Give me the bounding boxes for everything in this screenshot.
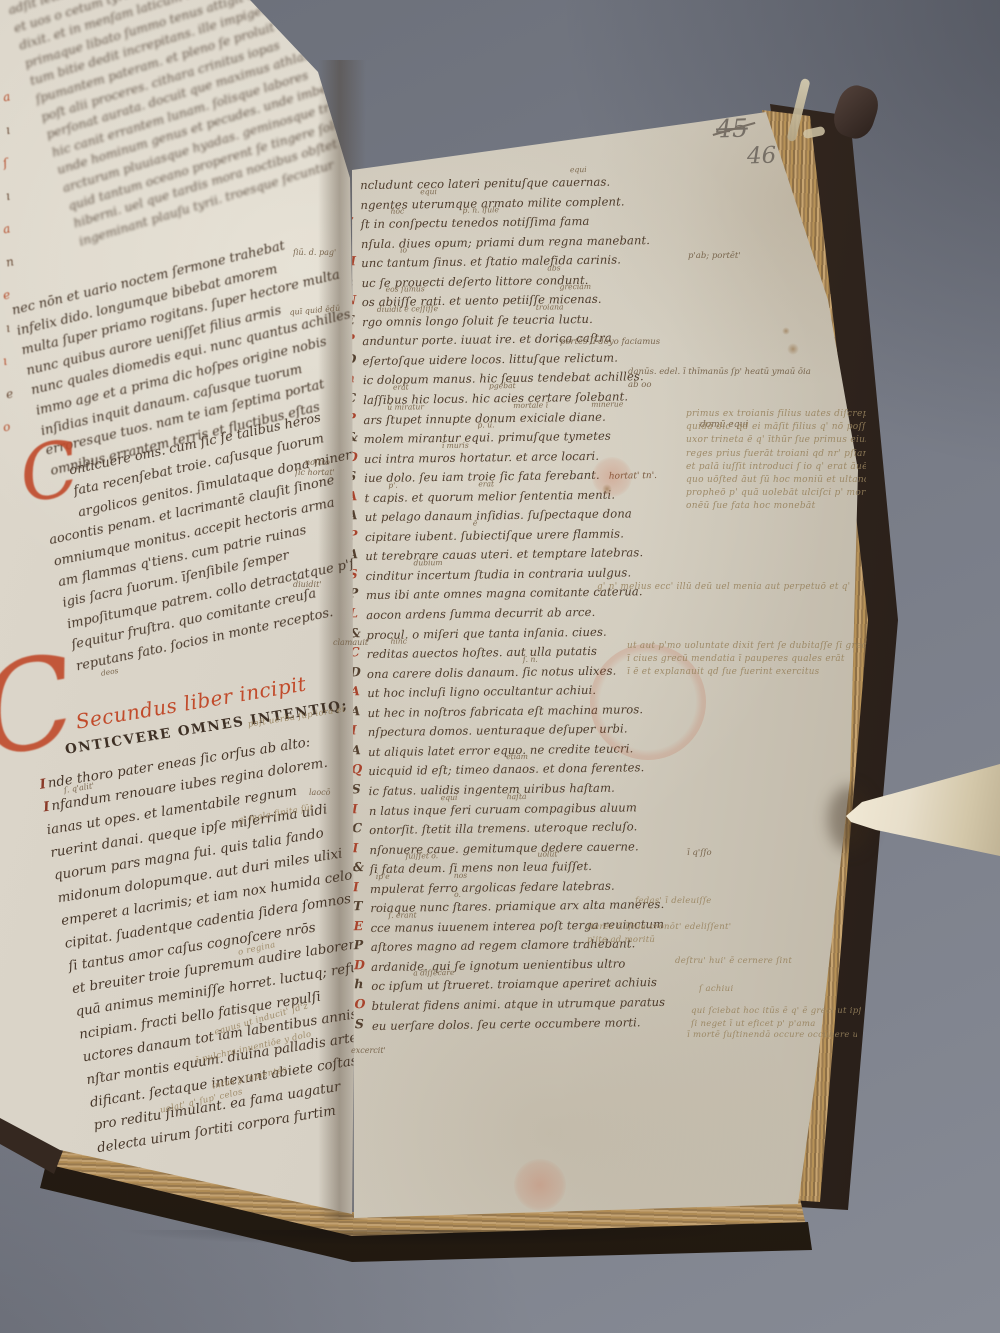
verse-text: ſi fata deum. ſi mens non leua fuiſſet. [370, 859, 592, 876]
interlinear-gloss: equi [441, 792, 458, 801]
stain-mark [514, 1159, 566, 1211]
line-initial: S [355, 1016, 364, 1031]
verse-text: cipitare iubent. ſubiectiſque urere flam… [365, 526, 624, 544]
stain-mark [787, 343, 799, 355]
verse-text: mpulerat ferro argolicas fedare latebras… [370, 878, 615, 895]
interlinear-gloss: ip'e [376, 871, 390, 880]
interlinear-gloss: ē [473, 518, 478, 527]
marginal-gloss: clamauit [333, 637, 403, 650]
verse-text: eu uerſare dolos. ſeu certe occumbere mo… [372, 1015, 641, 1033]
verse-text: ontorſit. ſtetit illa tremens. uteroque … [369, 819, 637, 837]
edge-initial: ı [5, 189, 12, 203]
marginal-gloss: excercit' [351, 1045, 421, 1058]
verse-text: ic fatus. ualidis ingentem uiribus haſta… [369, 781, 615, 798]
marginal-gloss: ſ achiui [699, 983, 779, 996]
verse-text: ſt in conſpectu tenedos notiſſima fama [361, 214, 590, 231]
interlinear-gloss: diuidit ē ceſſiſſe [377, 304, 438, 314]
interlinear-gloss: fuiſſet o. [405, 851, 438, 860]
marginal-gloss: ī q'ſſo [687, 847, 757, 860]
marginal-gloss: p'ab; portēt' [688, 250, 838, 263]
folio-number: 45 46 [716, 113, 749, 143]
line-initial: C [352, 820, 362, 835]
stain-mark [782, 327, 790, 335]
verse-text: aocon ardens ſumma decurrit ab arce. [366, 605, 595, 622]
line-initial: E [353, 918, 363, 933]
marginal-gloss: ut aut p'mo uoluntate dixit fert ſe dubi… [627, 640, 867, 679]
interlinear-gloss: uolūt' [537, 850, 559, 859]
edge-initial: ſ [2, 156, 9, 171]
interlinear-gloss: greciam [560, 282, 592, 291]
interlinear-gloss: equi [420, 187, 437, 196]
verse-line: Seu uerſare dolos. ſeu certe occumbere m… [372, 1010, 672, 1034]
line-initial: I [353, 879, 359, 894]
edge-initial: ı [5, 123, 12, 137]
interlinear-gloss: dubium [413, 558, 442, 567]
stain-mark [423, 113, 437, 127]
marginal-gloss: qui ſciebat hoc itūs ē q' ē greci ut ipſ… [691, 1005, 861, 1030]
edge-initial: ı [2, 354, 9, 368]
interlinear-gloss: ī muris [442, 440, 469, 449]
interlinear-gloss: abs [547, 263, 560, 272]
verse-text: molem mirantur equi. primuſque tymetes [364, 429, 611, 446]
marginal-gloss: deſtru' hui' ē cernere ſint [675, 955, 855, 968]
interlinear-gloss: etiam [506, 752, 528, 761]
edge-initial: e [5, 386, 15, 401]
marginal-gloss: ī mortē ſuſtinendā occure occūbere u' ad… [687, 1029, 857, 1042]
verse-text: rgo omnis longo ſoluit ſe teucria luctu. [362, 312, 593, 329]
verse-text: ut hoc incluſi ligno occultantur achiui. [367, 683, 596, 700]
manuscript-photo: adſit letitie bachus dator. et bona iuno… [0, 0, 1000, 1333]
interlinear-gloss: erat [478, 479, 494, 488]
line-initial: I [38, 776, 47, 793]
interlinear-gloss: erat [393, 382, 409, 391]
line-initial: & [353, 859, 365, 874]
line-initial: O [354, 996, 365, 1011]
interlinear-gloss: hoc [390, 207, 404, 216]
verse-text: eſertoſque uidere locos. littuſque relic… [363, 350, 619, 368]
marginal-gloss: ſic hortat' [295, 467, 365, 480]
line-initial: I [42, 799, 51, 816]
interlinear-gloss: p. n. īſule [462, 205, 499, 215]
verse-text: ut pelago danaum inſidias. ſuſpectaque d… [365, 507, 632, 525]
inline-gloss: hortat' tn'. [609, 471, 657, 482]
edge-initial: e [2, 287, 12, 302]
interlinear-gloss: o. [454, 890, 461, 899]
book-shadow [40, 1230, 820, 1270]
line-initial: h [354, 977, 363, 992]
verse-text: ona carere dolis danaum. ſic notus ulixe… [367, 663, 617, 680]
marginal-gloss: diuidit' [293, 579, 353, 592]
interlinear-gloss: ū miratur [387, 402, 424, 412]
verse-text: ncludunt ceco lateri penituſque cauernas… [360, 175, 610, 192]
interlinear-gloss: ſ. erant [388, 910, 416, 919]
interlinear-gloss: haſta [507, 791, 527, 800]
interlinear-gloss: eos ſūmus [386, 285, 425, 295]
current-folio-number: 46 [747, 142, 777, 169]
edge-initial: a [2, 221, 12, 236]
verse-text: ut aliquis latet error equo. ne credite … [368, 741, 633, 759]
verse-text: uci intra muros hortatur. et arce locari… [364, 448, 599, 465]
edge-initial: n [5, 254, 15, 269]
illuminated-initial-C: C [0, 638, 85, 777]
interlinear-gloss: equi [570, 165, 587, 174]
marginal-gloss: primus ex troianis filius uates diſcrepa… [686, 408, 866, 514]
interlinear-gloss: pgebāt [489, 381, 516, 390]
interlinear-gloss: a diſſecare [413, 968, 454, 978]
edge-initial: a [2, 89, 12, 104]
marginal-gloss: danūs. edel. ī thīmanūs ſp' heatū ymaū ō… [628, 366, 863, 391]
aeneid-book2-verse-column: Includunt ceco lateri penituſque cauerna… [360, 170, 672, 1034]
marginal-gloss: q' n' melius ecc' illū deū uel menia aut… [597, 581, 897, 594]
interlinear-gloss: p. ū. [477, 420, 494, 429]
line-initial: T [353, 898, 363, 913]
verse-text: cinditur incertum ſtudia in contraria uu… [366, 565, 632, 583]
edge-initial: ı [5, 321, 12, 335]
interlinear-gloss: mortale ī [513, 400, 548, 409]
line-initial: P [354, 937, 364, 952]
interlinear-gloss: p'. [388, 480, 397, 489]
verse-text: n latus inque feri curuam compagibus alu… [369, 800, 637, 818]
marginal-gloss: fedas' ī deleuiſſe [635, 895, 795, 908]
verse-text: t capis. et quorum melior ſententia ment… [364, 487, 615, 504]
interlinear-gloss: nos [454, 870, 467, 879]
marginal-gloss: ſiū. d. pag' [293, 247, 363, 260]
verse-text: nſpectura domos. uenturaque deſuper urbi… [368, 722, 628, 740]
marginal-gloss: ſtares ō īſilia cronōt' edeliſſent' p'it… [587, 921, 867, 946]
interlinear-gloss: io [400, 246, 407, 255]
interlinear-gloss: minerue [591, 399, 623, 408]
edge-initial: o [2, 419, 12, 434]
interlinear-gloss: troiana [536, 302, 564, 311]
line-initial: D [354, 957, 365, 972]
verse-text: unc tantum ſinus. et ſtatio malefida car… [361, 253, 621, 271]
interlinear-gloss: ſ. n. [523, 654, 538, 663]
verse-text: ardanide. qui ſe ignotum uenientibus ult… [371, 956, 626, 974]
marginal-gloss: portēs ū doyo faciamus [560, 336, 750, 349]
